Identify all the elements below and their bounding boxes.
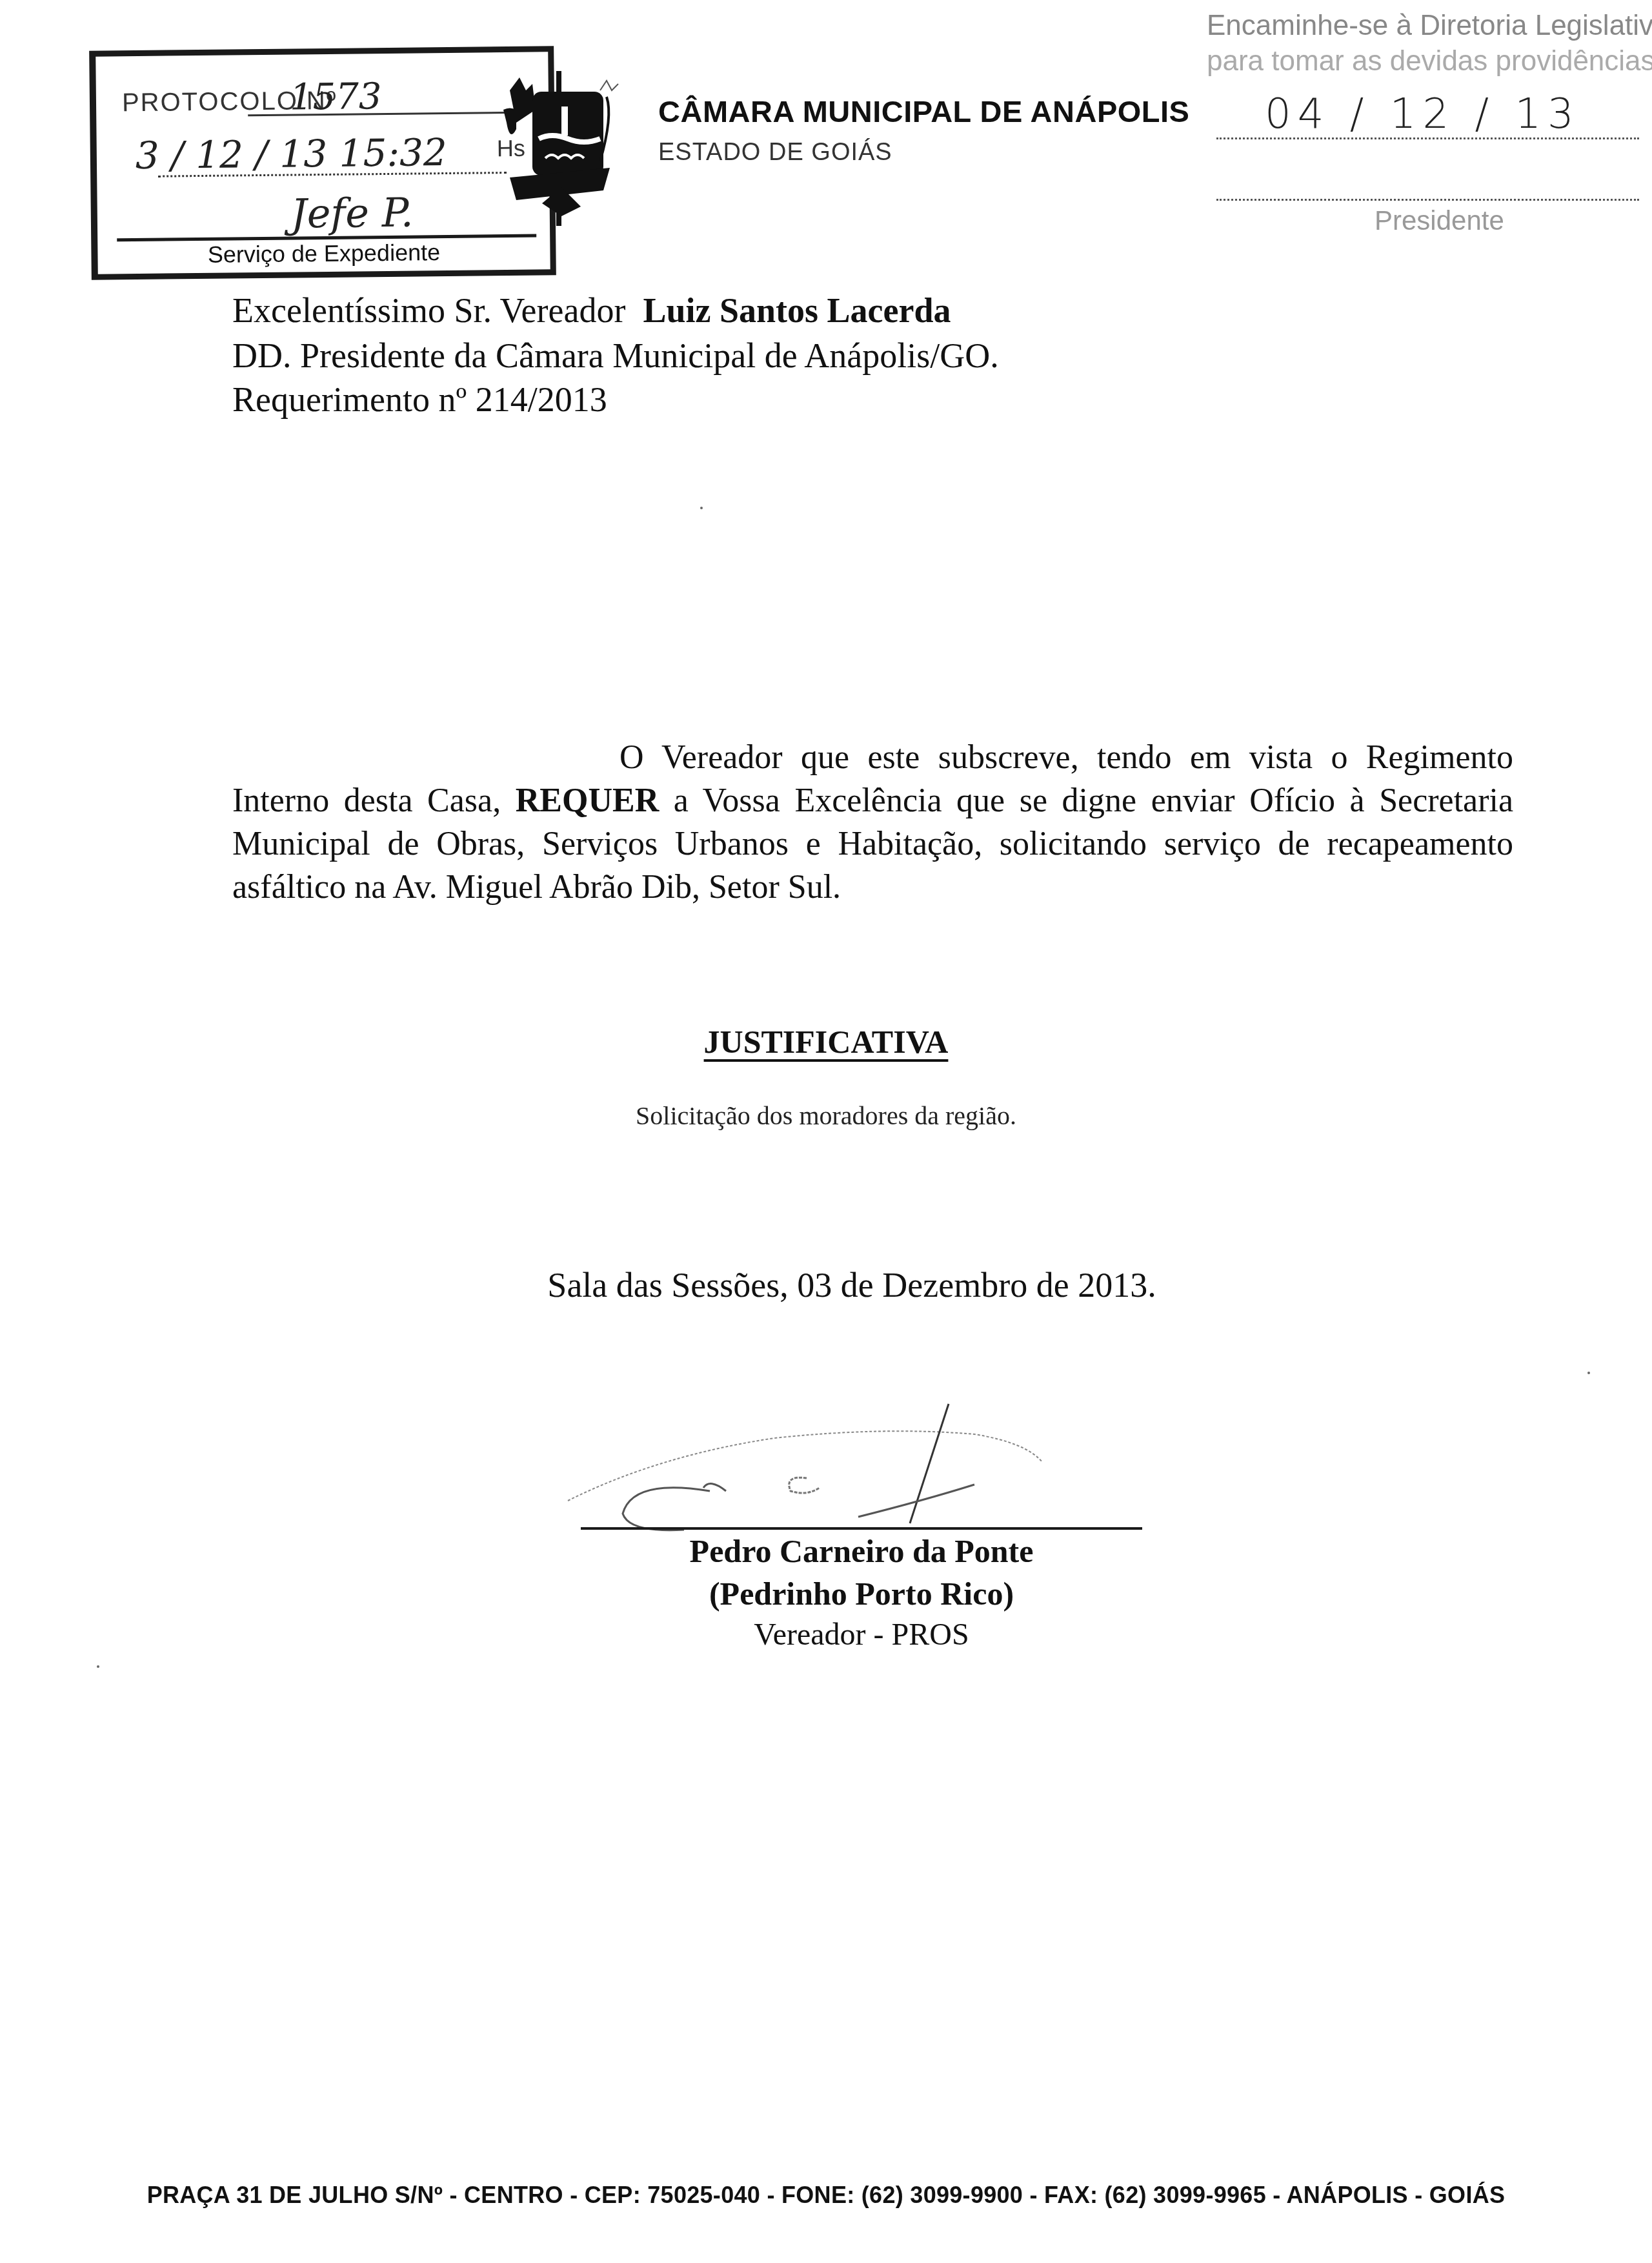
body-verb: REQUER — [516, 782, 659, 819]
footer-address: PRAÇA 31 DE JULHO S/Nº - CENTRO - CEP: 7… — [0, 2182, 1652, 2209]
dispatch-signatory-role: Presidente — [1375, 205, 1504, 236]
justification-heading-wrap: JUSTIFICATIVA — [0, 1023, 1652, 1060]
place-and-date: Sala das Sessões, 03 de Dezembro de 2013… — [0, 1265, 1652, 1305]
scan-speck — [97, 1665, 99, 1668]
dispatch-instruction-line-2: para tomar as devidas providências — [1207, 45, 1652, 77]
signatory-nickname: (Pedrinho Porto Rico) — [581, 1575, 1142, 1612]
handwritten-signature-icon — [561, 1394, 1142, 1536]
protocol-stamp: PROTOCOLO Nº 1573 3 / 12 / 13 15:32 Hs J… — [89, 46, 556, 280]
dispatch-signature-line — [1216, 199, 1639, 201]
stamp-label: Serviço de Expediente — [97, 238, 550, 269]
signature-line — [581, 1527, 1142, 1530]
addressee-position: DD. Presidente da Câmara Municipal de An… — [232, 336, 999, 376]
protocol-date-time: 3 / 12 / 13 15:32 — [136, 130, 448, 178]
request-reference: Requerimento nº 214/2013 — [232, 380, 607, 420]
protocol-initials: Jefe P. — [290, 189, 414, 238]
protocol-number: 1573 — [290, 76, 382, 118]
signatory-name: Pedro Carneiro da Ponte — [581, 1532, 1142, 1570]
dispatch-date-line — [1216, 137, 1639, 139]
signatory-role: Vereador - PROS — [581, 1617, 1142, 1652]
coat-of-arms-icon — [497, 71, 619, 226]
justification-heading: JUSTIFICATIVA — [704, 1024, 949, 1060]
request-body: O Vereador que este subscreve, tendo em … — [232, 736, 1513, 909]
addressee-name: Luiz Santos Lacerda — [643, 291, 951, 330]
dispatch-instruction-line-1: Encaminhe-se à Diretoria Legislativa — [1207, 10, 1652, 42]
institution-title: CÂMARA MUNICIPAL DE ANÁPOLIS — [658, 94, 1189, 129]
scan-speck — [700, 507, 703, 509]
scan-speck — [1587, 1372, 1590, 1374]
addressee-line: Excelentíssimo Sr. Vereador Luiz Santos … — [232, 290, 951, 330]
addressee-salutation: Excelentíssimo Sr. Vereador — [232, 291, 625, 330]
institution-state: ESTADO DE GOIÁS — [658, 139, 892, 167]
dispatch-date: 04 / 12 / 13 — [1265, 90, 1580, 138]
justification-text: Solicitação dos moradores da região. — [0, 1101, 1652, 1131]
